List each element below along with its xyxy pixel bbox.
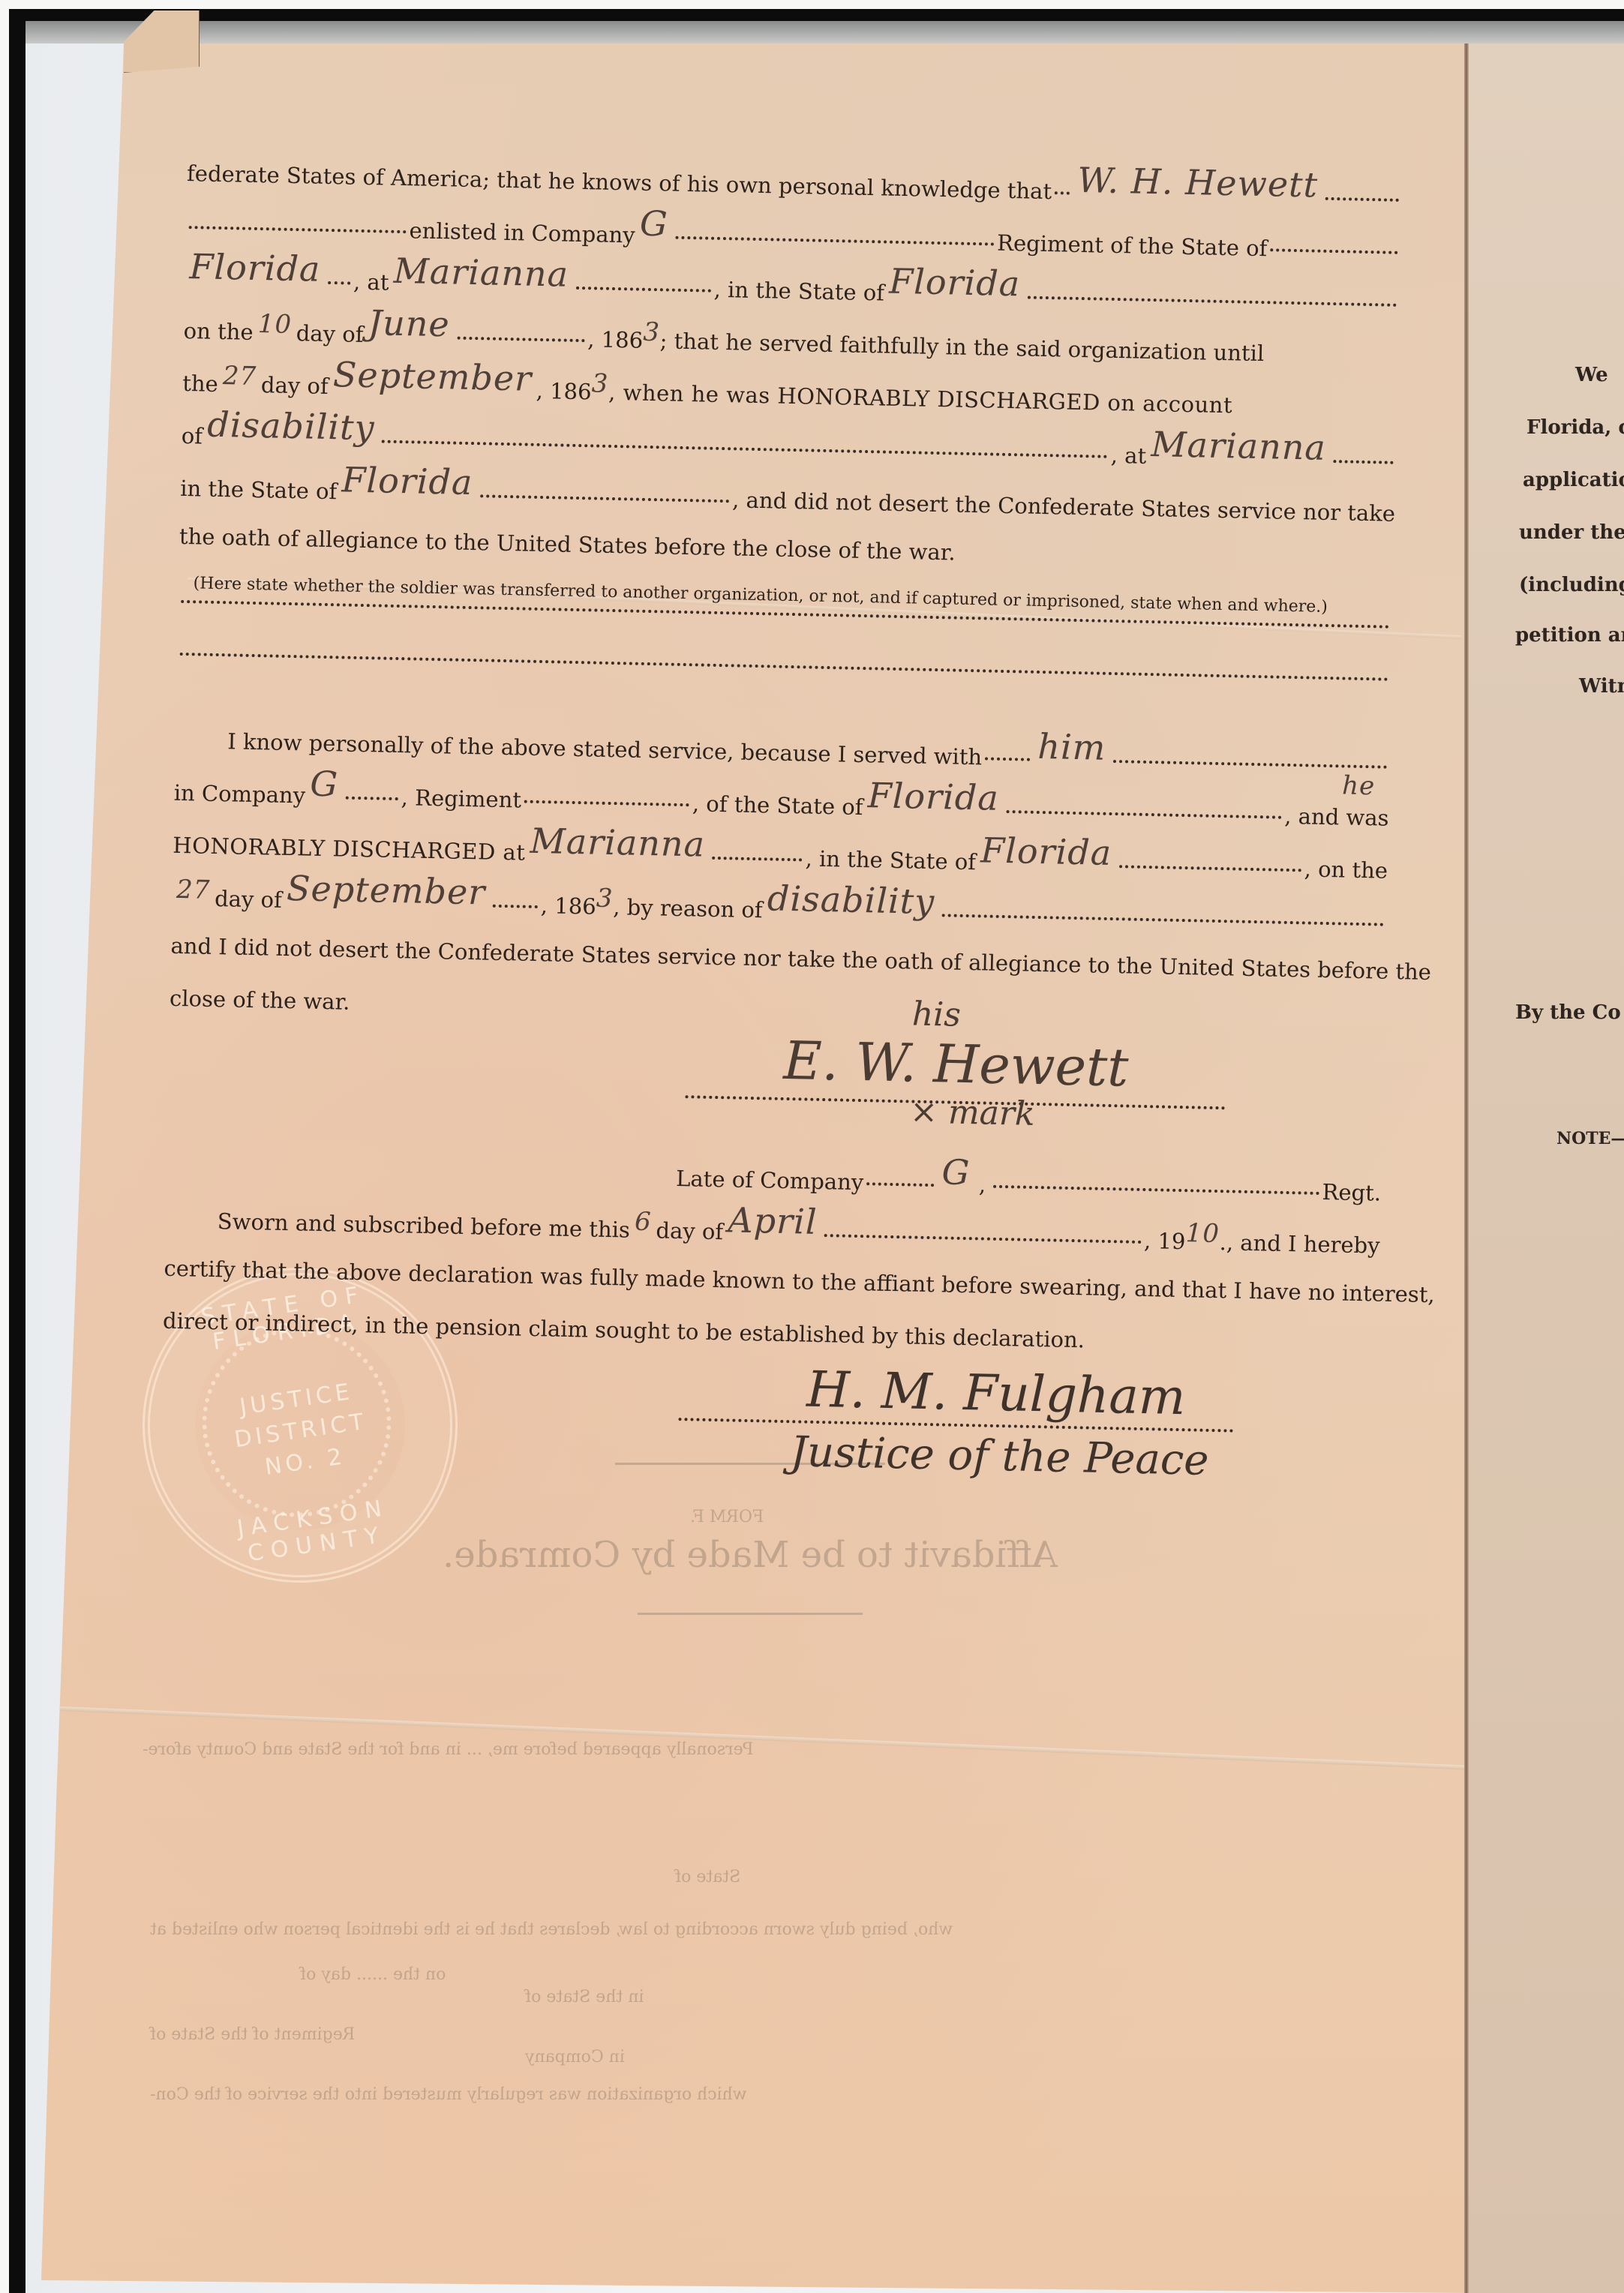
bleed-text: on the ...... day of bbox=[300, 1965, 446, 1984]
fill-dots bbox=[985, 757, 1030, 761]
right-page-text: petition ar bbox=[1515, 624, 1624, 647]
printed-text: , by reason of bbox=[613, 881, 764, 936]
handwritten-place: Marianna bbox=[389, 245, 574, 301]
officer-signature: H. M. Fulgham Justice of the Peace bbox=[159, 1347, 1377, 1538]
fill-dots bbox=[993, 1185, 1319, 1195]
mark-label: mark bbox=[947, 1094, 1035, 1133]
handwritten-month: June bbox=[363, 296, 455, 351]
printed-text: , 186 bbox=[540, 879, 596, 933]
bleed-text: which organization was regularly mustere… bbox=[150, 2085, 747, 2104]
handwritten-officer-title: Justice of the Peace bbox=[790, 1427, 1209, 1485]
fill-dots bbox=[866, 1182, 934, 1187]
handwritten-served-with: him bbox=[1033, 720, 1111, 774]
printed-text: , in the State of bbox=[713, 263, 885, 320]
scanner-shadow bbox=[26, 21, 1624, 44]
scanner-margin bbox=[0, 0, 1624, 9]
fill-dots bbox=[1006, 810, 1281, 819]
handwritten-reason: disability bbox=[762, 872, 940, 928]
handwritten-month: September bbox=[281, 862, 491, 919]
fill-dots bbox=[524, 800, 689, 807]
printed-text: close of the war. bbox=[169, 972, 350, 1028]
printed-text: , of the State of bbox=[692, 777, 863, 833]
printed-text: , Regiment bbox=[401, 771, 522, 826]
affiant-name: E. W. Hewett bbox=[783, 1030, 1130, 1099]
printed-text: in Company bbox=[173, 767, 306, 822]
handwritten-affiant-name: E. W. Hewett bbox=[783, 1030, 1130, 1099]
fill-dots bbox=[480, 494, 729, 503]
handwritten-mark: × mark bbox=[910, 1092, 1036, 1133]
handwritten-day: 6 bbox=[629, 1196, 656, 1249]
handwritten-year-digit: 3 bbox=[643, 306, 661, 359]
fill-dots bbox=[713, 857, 803, 862]
handwritten-state: Florida bbox=[863, 769, 1004, 824]
handwritten-company: G bbox=[937, 1145, 975, 1199]
scanner-border-left bbox=[9, 9, 26, 2293]
handwritten-day: 27 bbox=[171, 863, 215, 917]
printed-text: day of bbox=[656, 1204, 724, 1258]
right-page-note: NOTE— bbox=[1556, 1129, 1624, 1148]
bleed-text: Regiment of the State of bbox=[150, 2025, 355, 2044]
scanner-border-top bbox=[9, 9, 1624, 21]
bleed-text: who, being duly sworn according to law, … bbox=[150, 1920, 953, 1939]
handwritten-state: Florida bbox=[884, 255, 1025, 311]
mark-symbol: × bbox=[910, 1092, 938, 1131]
fill-dots bbox=[1028, 296, 1397, 306]
fill-dots bbox=[1055, 191, 1070, 194]
handwritten-insertion: he bbox=[1337, 759, 1379, 812]
bleed-rule bbox=[638, 1613, 863, 1615]
handwritten-state: Florida bbox=[185, 240, 326, 296]
right-page-text: (including bbox=[1519, 574, 1624, 596]
fill-dots bbox=[824, 1234, 1141, 1244]
handwritten-state: Florida bbox=[337, 453, 478, 509]
printed-text: ., and I hereby bbox=[1219, 1216, 1380, 1271]
printed-text: of bbox=[181, 410, 203, 463]
handwritten-day: 10 bbox=[253, 298, 297, 351]
handwritten-place: Marianna bbox=[1146, 418, 1331, 474]
printed-text: , and was he bbox=[1284, 790, 1390, 845]
bleed-text: in Company bbox=[525, 2048, 625, 2066]
fill-dots bbox=[675, 236, 994, 246]
fill-dots bbox=[189, 226, 407, 233]
printed-text: day of bbox=[214, 872, 282, 926]
bleed-text: Personally appeared before me, ... in an… bbox=[143, 1740, 753, 1759]
handwritten-officer-name: H. M. Fulgham bbox=[806, 1361, 1187, 1427]
handwritten-soldier-name: W. H. Hewett bbox=[1073, 154, 1323, 212]
bleed-text: State of bbox=[675, 1868, 740, 1886]
right-page-text: Florida, c bbox=[1526, 416, 1624, 439]
printed-text: , 19 bbox=[1143, 1214, 1186, 1268]
printed-text: , at bbox=[1110, 429, 1147, 482]
fill-dots bbox=[1270, 248, 1397, 254]
handwritten-place: Marianna bbox=[525, 815, 710, 871]
fill-dots bbox=[1325, 197, 1399, 202]
handwritten-year-digit: 3 bbox=[596, 872, 614, 925]
bleed-title: Affidavit to be Made by Comrade. bbox=[443, 1534, 1058, 1576]
bleed-text: in the State of bbox=[525, 1988, 644, 2006]
fill-dots bbox=[576, 287, 711, 293]
handwritten-month: September bbox=[328, 348, 537, 405]
fill-dots bbox=[346, 797, 398, 800]
handwritten-year-suffix: 10 bbox=[1185, 1207, 1220, 1260]
right-page-text: By the Co bbox=[1515, 1001, 1621, 1024]
printed-text: , 186 bbox=[536, 365, 592, 419]
fill-dots bbox=[493, 905, 538, 908]
handwritten-day: 27 bbox=[218, 350, 262, 403]
handwritten-state: Florida bbox=[976, 824, 1117, 879]
printed-text: , on the bbox=[1304, 842, 1388, 896]
printed-text: in the State of bbox=[180, 462, 338, 518]
right-page-text: We bbox=[1575, 364, 1608, 386]
printed-text: Regt. bbox=[1322, 1166, 1382, 1220]
handwritten-company: G bbox=[305, 757, 344, 810]
handwritten-reason: disability bbox=[203, 398, 380, 455]
fill-dots bbox=[457, 337, 584, 343]
fill-dots bbox=[328, 281, 350, 285]
handwritten-company: G bbox=[635, 197, 673, 251]
printed-text: , bbox=[974, 1158, 991, 1211]
handwritten-year-digit: 3 bbox=[591, 357, 609, 410]
fill-dots bbox=[1333, 460, 1393, 464]
handwritten-his: his bbox=[911, 995, 961, 1034]
declaration-text: federate States of America; that he know… bbox=[159, 143, 1403, 1538]
fill-dots bbox=[942, 914, 1384, 926]
right-page-text: under the bbox=[1519, 521, 1624, 544]
fill-dots bbox=[382, 440, 1108, 458]
fill-dots bbox=[1119, 865, 1301, 872]
right-page-text: Witn bbox=[1579, 675, 1624, 698]
handwritten-month: April bbox=[723, 1193, 823, 1248]
right-page-text: applicatio bbox=[1523, 469, 1624, 491]
